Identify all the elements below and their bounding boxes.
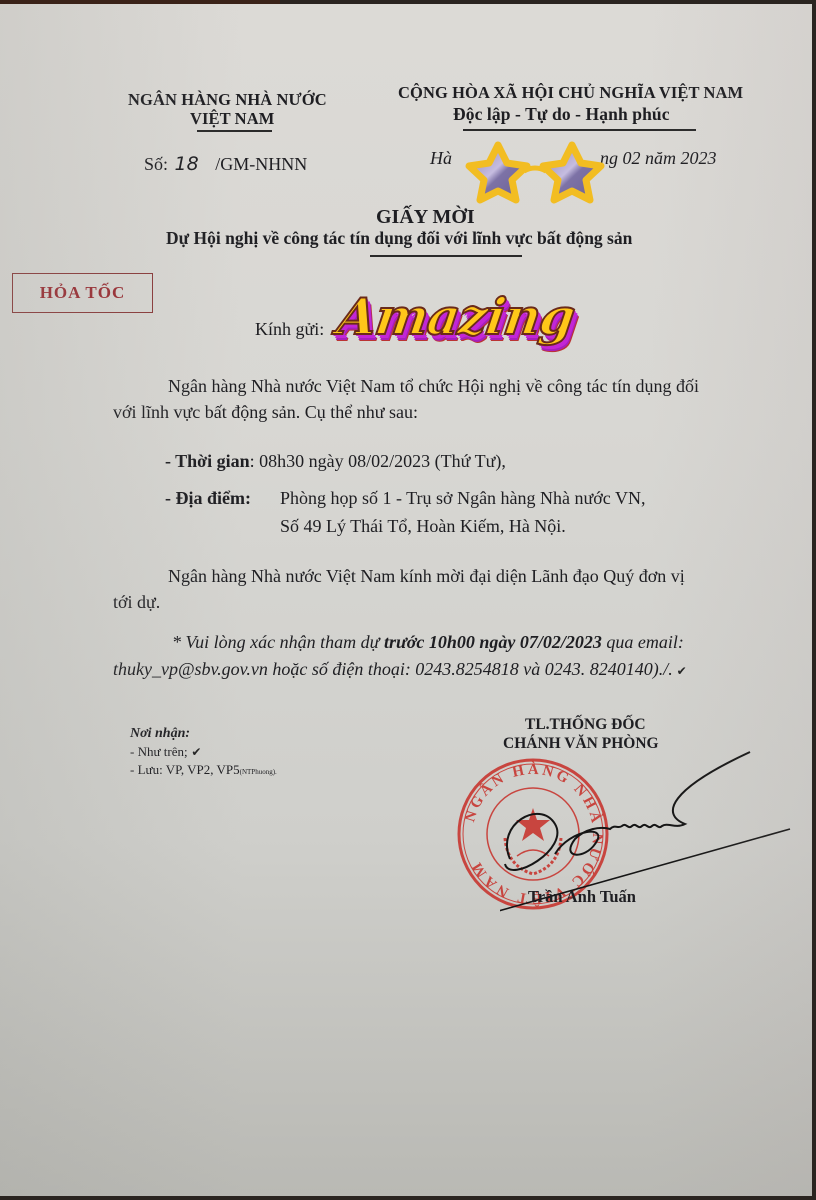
time-value: : 08h30 ngày 08/02/2023 (Thứ Tư), xyxy=(250,451,506,471)
country-name: CỘNG HÒA XÃ HỘI CHỦ NGHĨA VIỆT NAM xyxy=(398,83,743,103)
place-date-prefix: Hà xyxy=(430,148,452,169)
amazing-sticker: Amazing xyxy=(334,287,578,346)
urgent-stamp-text: HỎA TỐC xyxy=(40,283,126,303)
intro-line-2: với lĩnh vực bất động sản. Cụ thể như sa… xyxy=(113,402,418,423)
star-glasses-sticker-icon xyxy=(464,141,609,207)
org-underline xyxy=(197,130,272,132)
place-label: - Địa điểm: xyxy=(165,488,251,508)
place-date-suffix: ng 02 năm 2023 xyxy=(600,148,717,169)
place-row: - Địa điểm: xyxy=(165,488,251,509)
invite-line-2: tới dự. xyxy=(113,592,160,613)
issuing-org-line2: VIỆT NAM xyxy=(190,109,274,129)
time-row: - Thời gian: 08h30 ngày 08/02/2023 (Thứ … xyxy=(165,451,506,472)
rsvp-contact: thuky_vp@sbv.gov.vn hoặc số điện thoại: … xyxy=(113,659,673,679)
recipients-line2-initials: (NTPhuong). xyxy=(240,768,277,776)
rsvp-note-suffix: qua email: xyxy=(602,632,684,652)
recipients-line2-text: - Lưu: VP, VP2, VP5 xyxy=(130,762,240,777)
recipients-line1-text: - Như trên; xyxy=(130,744,188,759)
rsvp-note-line1: * Vui lòng xác nhận tham dự trước 10h00 … xyxy=(172,632,684,653)
initials-check-icon: ✔ xyxy=(188,745,202,759)
initials-check-icon: ✔ xyxy=(673,664,687,678)
rsvp-deadline: trước 10h00 ngày 07/02/2023 xyxy=(384,632,602,652)
motto-underline xyxy=(463,129,696,131)
rsvp-note-prefix: * Vui lòng xác nhận tham dự xyxy=(172,632,384,652)
subtitle-underline xyxy=(370,255,522,257)
issuing-org-line1: NGÂN HÀNG NHÀ NƯỚC xyxy=(128,90,327,110)
number-value: 18 xyxy=(175,153,199,175)
document-subtitle: Dự Hội nghị về công tác tín dụng đối với… xyxy=(166,228,632,249)
place-value-line1: Phòng họp số 1 - Trụ sở Ngân hàng Nhà nư… xyxy=(280,488,645,509)
recipients-title: Nơi nhận: xyxy=(130,726,190,742)
document-title: GIẤY MỜI xyxy=(376,206,475,229)
rsvp-note-line2: thuky_vp@sbv.gov.vn hoặc số điện thoại: … xyxy=(113,659,687,680)
document-page: NGÂN HÀNG NHÀ NƯỚC VIỆT NAM Số: 18 /GM-N… xyxy=(0,4,812,1196)
place-value-line2: Số 49 Lý Thái Tổ, Hoàn Kiếm, Hà Nội. xyxy=(280,516,566,537)
recipient-label: Kính gửi: xyxy=(255,319,324,340)
number-label: Số: xyxy=(144,154,168,174)
invite-line-1: Ngân hàng Nhà nước Việt Nam kính mời đại… xyxy=(168,566,685,587)
urgent-stamp: HỎA TỐC xyxy=(12,273,153,313)
signer-name: Trần Anh Tuấn xyxy=(528,887,636,907)
document-number: Số: 18 /GM-NHNN xyxy=(144,153,307,175)
number-suffix: /GM-NHNN xyxy=(215,154,307,174)
national-motto: Độc lập - Tự do - Hạnh phúc xyxy=(453,104,670,125)
intro-line-1: Ngân hàng Nhà nước Việt Nam tổ chức Hội … xyxy=(168,376,699,397)
recipients-line2: - Lưu: VP, VP2, VP5(NTPhuong). xyxy=(130,762,277,778)
recipients-line1: - Như trên; ✔ xyxy=(130,744,201,760)
signer-title-line1: TL.THỐNG ĐỐC xyxy=(525,716,646,734)
time-label: - Thời gian xyxy=(165,451,250,471)
